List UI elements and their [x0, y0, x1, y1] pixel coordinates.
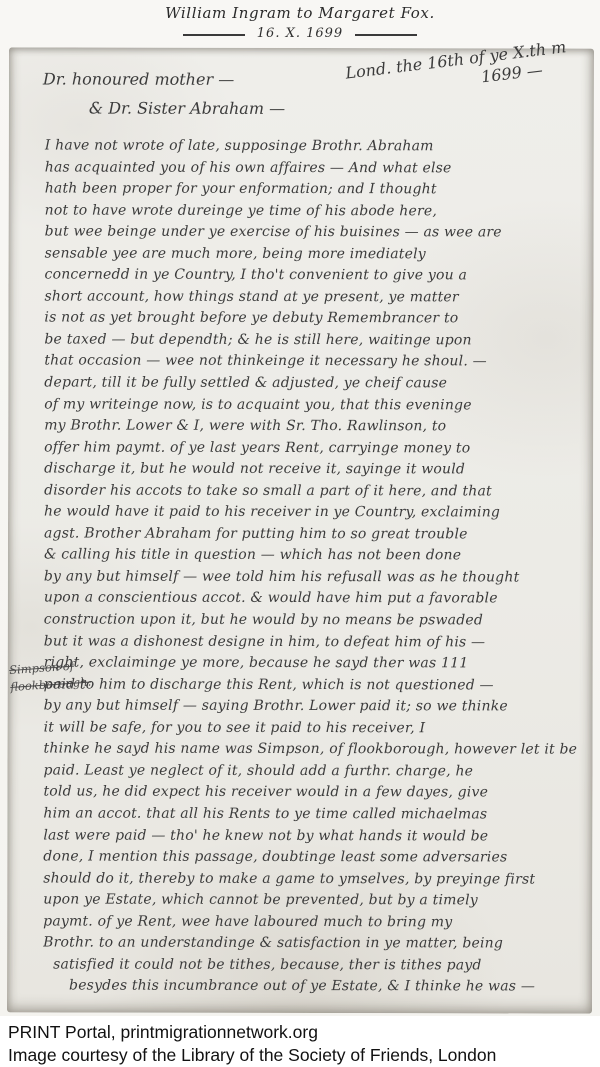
letter-line: construction upon it, but he would by no…	[44, 611, 579, 634]
letter-line: my Brothr. Lower & I, were with Sr. Tho.…	[44, 418, 579, 441]
letter-line: that occasion — wee not thinkeinge it ne…	[44, 353, 579, 376]
caption-portal: PRINT Portal, printmigrationnetwork.org	[8, 1021, 596, 1044]
letter-line: depart, till it be fully settled & adjus…	[44, 374, 579, 397]
letter-line: agst. Brother Abraham for putting him to…	[44, 525, 579, 548]
letter-line: concernedd in ye Country, I tho't conven…	[45, 267, 580, 290]
letter-dateline: Lond. the 16th of ye X.th m 1699 —	[344, 37, 569, 103]
letter-line: & calling his title in question — which …	[44, 547, 579, 570]
salutation-sister: & Dr. Sister Abraham —	[89, 99, 285, 118]
letter-line: be taxed — but dependth; & he is still h…	[44, 331, 579, 354]
dash-rule-right	[355, 34, 417, 36]
salutation-mother: Dr. honoured mother —	[43, 69, 285, 89]
letter-sheet: Lond. the 16th of ye X.th m 1699 — Dr. h…	[7, 47, 594, 1013]
letter-line: paid. Least ye neglect of it, should add…	[43, 762, 578, 785]
letter-line: has acquainted you of his own affaires —…	[45, 159, 580, 182]
letter-line: short account, how things stand at ye pr…	[44, 288, 579, 311]
letter-line: sensable yee are much more, being more i…	[45, 245, 580, 268]
letter-line: hath been proper for your enformation; a…	[45, 181, 580, 204]
letter-body: I have not wrote of late, supposinge Bro…	[43, 137, 580, 1010]
letter-line: done, I mention this passage, doubtinge …	[43, 849, 578, 872]
letter-line: paid to him to discharge this Rent, whic…	[44, 676, 579, 699]
letter-line: not to have wrote dureinge ye time of hi…	[45, 202, 580, 225]
letter-line: but wee beinge under ye exercise of his …	[45, 224, 580, 247]
letter-line: upon ye Estate, which cannot be prevente…	[43, 892, 578, 915]
letter-line: told us, he did expect his receiver woul…	[43, 784, 578, 807]
dash-rule-left	[183, 34, 245, 36]
header-title: William Ingram to Margaret Fox.	[0, 4, 600, 22]
letter-line: of my writeinge now, is to acquaint you,…	[44, 396, 579, 419]
letter-line: thinke he sayd his name was Simpson, of …	[44, 741, 579, 764]
archive-header: William Ingram to Margaret Fox. 16. X. 1…	[0, 4, 600, 41]
letter-line: right, exclaiminge ye more, because he s…	[44, 655, 579, 678]
letter-scan: William Ingram to Margaret Fox. 16. X. 1…	[0, 0, 600, 1016]
letter-line: he would have it paid to his receiver in…	[44, 504, 579, 527]
letter-line: is not as yet brought before ye debuty R…	[44, 310, 579, 333]
letter-line: by any but himself — wee told him his re…	[44, 568, 579, 591]
letter-line: Brothr. to an understandinge & satisfact…	[43, 935, 578, 958]
letter-line: him an accot. that all his Rents to ye t…	[43, 805, 578, 828]
page: William Ingram to Margaret Fox. 16. X. 1…	[0, 0, 600, 1067]
letter-line: but it was a dishonest designe in him, t…	[44, 633, 579, 656]
caption-credit: Image courtesy of the Library of the Soc…	[8, 1044, 596, 1067]
letter-salutation: Dr. honoured mother — & Dr. Sister Abrah…	[43, 69, 285, 118]
letter-line: last were paid — tho' he knew not by wha…	[43, 827, 578, 850]
letter-line: paymt. of ye Rent, wee have laboured muc…	[43, 913, 578, 936]
letter-line: besydes this incumbrance out of ye Estat…	[43, 978, 578, 1001]
header-date: 16. X. 1699	[257, 26, 343, 41]
letter-line: discharge it, but he would not receive i…	[44, 461, 579, 484]
header-date-row: 16. X. 1699	[0, 26, 600, 41]
caption: PRINT Portal, printmigrationnetwork.org …	[8, 1021, 596, 1067]
letter-line: by any but himself — saying Brothr. Lowe…	[44, 698, 579, 721]
letter-line: disorder his accots to take so small a p…	[44, 482, 579, 505]
letter-line: should do it, thereby to make a game to …	[43, 870, 578, 893]
letter-line: upon a conscientious accot. & would have…	[44, 590, 579, 613]
letter-line: offer him paymt. of ye last years Rent, …	[44, 439, 579, 462]
letter-line: satisfied it could not be tithes, becaus…	[43, 956, 578, 979]
letter-line: it will be safe, for you to see it paid …	[44, 719, 579, 742]
letter-line: I have not wrote of late, supposinge Bro…	[45, 137, 580, 160]
